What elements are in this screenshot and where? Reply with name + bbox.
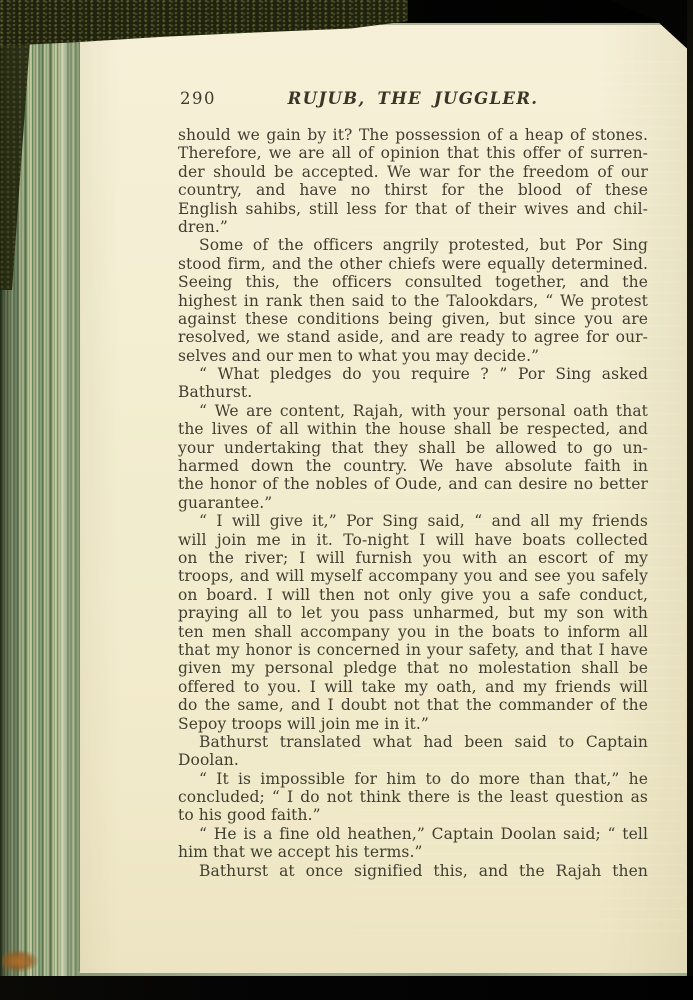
text-line: ten men shall accompany you in the boats… <box>178 623 648 641</box>
text-line: to his good faith.” <box>178 806 648 824</box>
text-line: troops, and will myself accompany you an… <box>178 567 648 585</box>
text-line: on the river; I will furnish you with an… <box>178 549 648 567</box>
running-title: RUJUB, THE JUGGLER. <box>178 89 648 108</box>
text-line: will join me in it. To-night I will have… <box>178 531 648 549</box>
text-line: concluded; “ I do not think there is the… <box>178 788 648 806</box>
text-line: do the same, and I doubt not that the co… <box>178 696 648 714</box>
text-line: stood firm, and the other chiefs were eq… <box>178 255 648 273</box>
text-line: the lives of all within the house shall … <box>178 420 648 438</box>
text-line: der should be accepted. We war for the f… <box>178 163 648 181</box>
text-line: the honor of the nobles of Oude, and can… <box>178 475 648 493</box>
text-line: “ He is a fine old heathen,” Captain Doo… <box>178 825 648 843</box>
page-number: 290 <box>180 89 216 108</box>
text-line: country, and have no thirst for the bloo… <box>178 181 648 199</box>
text-line: resolved, we stand aside, and are ready … <box>178 328 648 346</box>
text-line: Bathurst translated what had been said t… <box>178 733 648 751</box>
fore-edge-stain <box>2 950 38 972</box>
text-line: “ I will give it,” Por Sing said, “ and … <box>178 512 648 530</box>
text-line: selves and our men to what you may decid… <box>178 347 648 365</box>
text-line: Sepoy troops will join me in it.” <box>178 715 648 733</box>
text-line: English sahibs, still less for that of t… <box>178 200 648 218</box>
page-header: 290 RUJUB, THE JUGGLER. <box>178 89 648 113</box>
text-line: “ What pledges do you require ? ” Por Si… <box>178 365 648 383</box>
text-line: should we gain by it? The possession of … <box>178 126 648 144</box>
text-line: on board. I will then not only give you … <box>178 586 648 604</box>
background-bottom-band <box>0 976 693 1000</box>
text-line: praying all to let you pass unharmed, bu… <box>178 604 648 622</box>
text-line: harmed down the country. We have absolut… <box>178 457 648 475</box>
text-line: against these conditions being given, bu… <box>178 310 648 328</box>
text-line: offered to you. I will take my oath, and… <box>178 678 648 696</box>
text-line: Some of the officers angrily protested, … <box>178 236 648 254</box>
text-line: your undertaking that they shall be allo… <box>178 439 648 457</box>
book-page: 290 RUJUB, THE JUGGLER. should we gain b… <box>56 23 688 978</box>
text-line: “ We are content, Rajah, with your perso… <box>178 402 648 420</box>
text-line: him that we accept his terms.” <box>178 843 648 861</box>
text-line: Therefore, we are all of opinion that th… <box>178 144 648 162</box>
text-line: dren.” <box>178 218 648 236</box>
text-line: Bathurst. <box>178 383 648 401</box>
text-line: Seeing this, the officers consulted toge… <box>178 273 648 291</box>
text-line: Doolan. <box>178 751 648 769</box>
text-line: highest in rank then said to the Talookd… <box>178 292 648 310</box>
book-photo-scene: 290 RUJUB, THE JUGGLER. should we gain b… <box>0 0 693 1000</box>
text-line: Bathurst at once signified this, and the… <box>178 862 648 880</box>
background-right-edge <box>687 0 693 1000</box>
text-line: “ It is impossible for him to do more th… <box>178 770 648 788</box>
text-line: given my personal pledge that no molesta… <box>178 659 648 677</box>
text-line: that my honor is concerned in your safet… <box>178 641 648 659</box>
text-line: guarantee.” <box>178 494 648 512</box>
text-block: should we gain by it? The possession of … <box>178 126 648 880</box>
